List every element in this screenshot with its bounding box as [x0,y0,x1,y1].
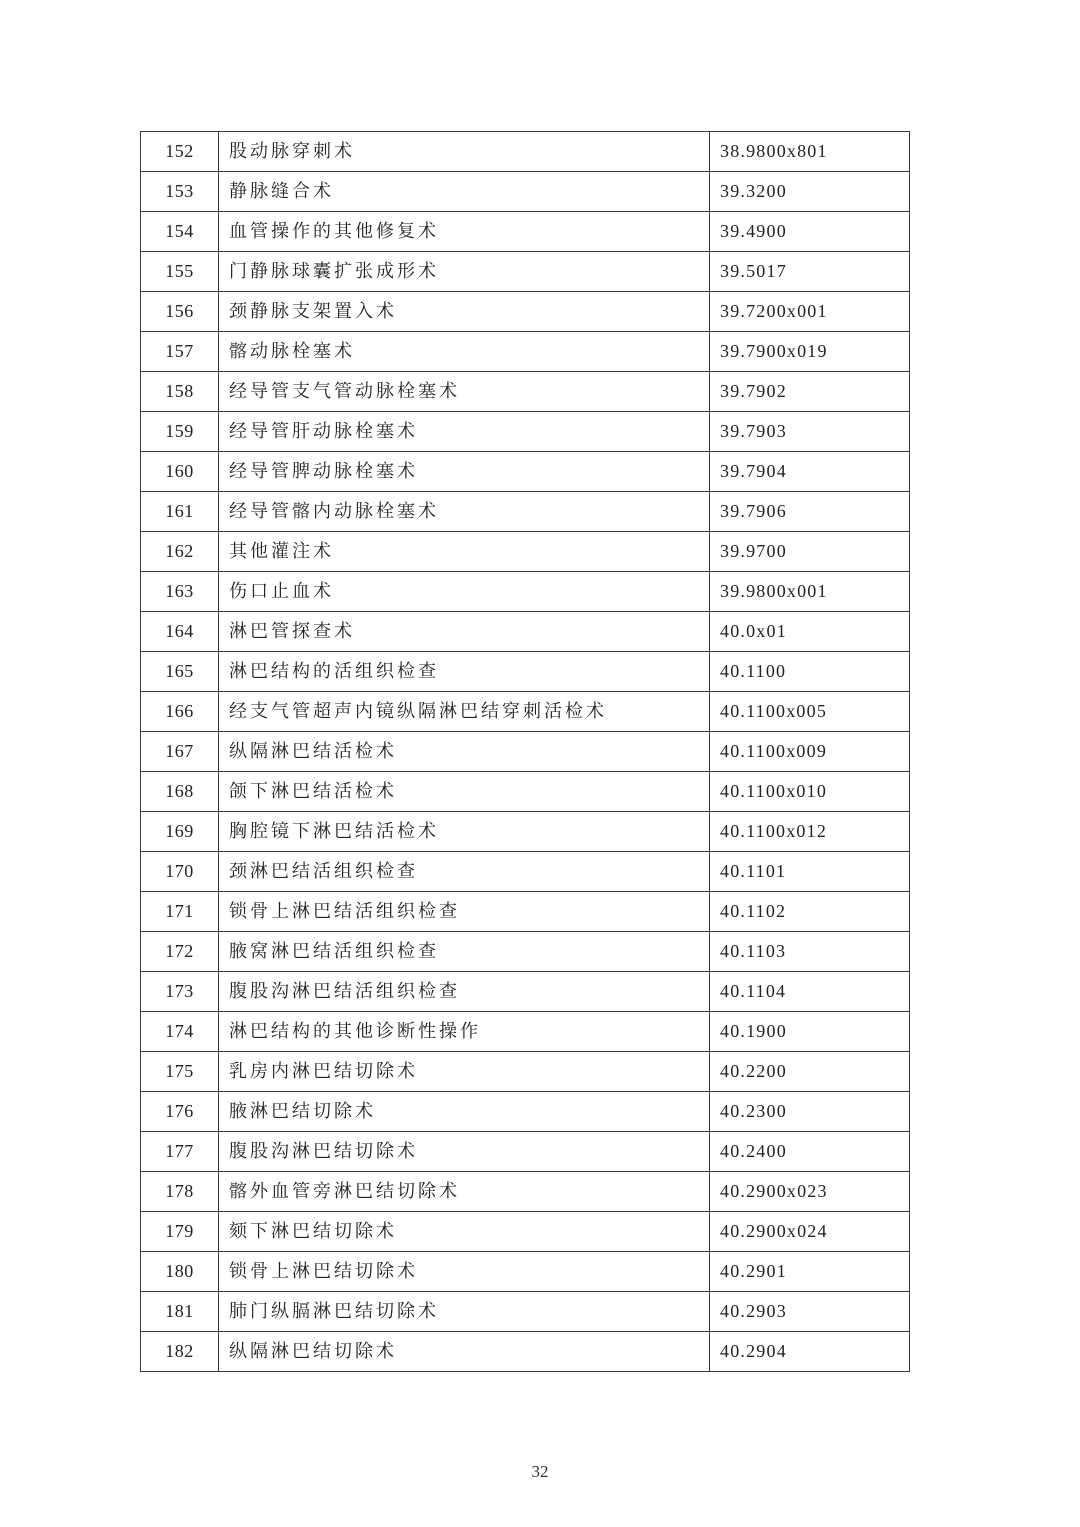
row-number-cell: 175 [141,1052,219,1092]
page-number: 32 [0,1462,1080,1482]
procedure-code-cell: 39.3200 [710,172,910,212]
row-number-cell: 178 [141,1172,219,1212]
procedure-code-cell: 40.1102 [710,892,910,932]
procedure-name-cell: 颌下淋巴结活检术 [219,772,710,812]
row-number-cell: 168 [141,772,219,812]
procedure-name-cell: 颈静脉支架置入术 [219,292,710,332]
table-row: 170 颈淋巴结活组织检查 40.1101 [141,852,910,892]
procedure-name-cell: 股动脉穿刺术 [219,132,710,172]
procedure-code-cell: 40.2900x023 [710,1172,910,1212]
procedure-code-cell: 40.2300 [710,1092,910,1132]
row-number-cell: 160 [141,452,219,492]
row-number-cell: 170 [141,852,219,892]
procedure-name-cell: 纵隔淋巴结切除术 [219,1332,710,1372]
procedure-name-cell: 髂外血管旁淋巴结切除术 [219,1172,710,1212]
procedure-name-cell: 腹股沟淋巴结切除术 [219,1132,710,1172]
procedure-code-cell: 40.1100x012 [710,812,910,852]
procedure-name-cell: 髂动脉栓塞术 [219,332,710,372]
procedure-code-cell: 39.7900x019 [710,332,910,372]
procedure-code-cell: 40.1104 [710,972,910,1012]
procedure-code-cell: 40.2903 [710,1292,910,1332]
procedure-code-cell: 38.9800x801 [710,132,910,172]
procedure-code-cell: 40.2901 [710,1252,910,1292]
procedure-name-cell: 伤口止血术 [219,572,710,612]
table-row: 166 经支气管超声内镜纵隔淋巴结穿刺活检术 40.1100x005 [141,692,910,732]
procedure-code-cell: 40.2900x024 [710,1212,910,1252]
procedure-name-cell: 经导管髂内动脉栓塞术 [219,492,710,532]
row-number-cell: 158 [141,372,219,412]
table-body: 152 股动脉穿刺术 38.9800x801 153 静脉缝合术 39.3200… [141,132,910,1372]
procedure-name-cell: 血管操作的其他修复术 [219,212,710,252]
procedure-name-cell: 其他灌注术 [219,532,710,572]
procedure-code-cell: 39.7904 [710,452,910,492]
procedure-code-cell: 39.4900 [710,212,910,252]
procedure-code-cell: 39.9700 [710,532,910,572]
procedure-code-cell: 39.7903 [710,412,910,452]
row-number-cell: 165 [141,652,219,692]
row-number-cell: 171 [141,892,219,932]
procedure-name-cell: 腋窝淋巴结活组织检查 [219,932,710,972]
table-row: 179 颏下淋巴结切除术 40.2900x024 [141,1212,910,1252]
row-number-cell: 176 [141,1092,219,1132]
table-row: 167 纵隔淋巴结活检术 40.1100x009 [141,732,910,772]
row-number-cell: 173 [141,972,219,1012]
procedure-code-cell: 40.2400 [710,1132,910,1172]
procedure-name-cell: 经导管肝动脉栓塞术 [219,412,710,452]
procedure-code-cell: 39.5017 [710,252,910,292]
procedure-name-cell: 乳房内淋巴结切除术 [219,1052,710,1092]
document-page: 152 股动脉穿刺术 38.9800x801 153 静脉缝合术 39.3200… [0,0,1080,1527]
row-number-cell: 155 [141,252,219,292]
procedure-name-cell: 淋巴结构的其他诊断性操作 [219,1012,710,1052]
procedure-code-cell: 39.7200x001 [710,292,910,332]
table-row: 169 胸腔镜下淋巴结活检术 40.1100x012 [141,812,910,852]
table-row: 156 颈静脉支架置入术 39.7200x001 [141,292,910,332]
table-row: 172 腋窝淋巴结活组织检查 40.1103 [141,932,910,972]
procedure-name-cell: 颏下淋巴结切除术 [219,1212,710,1252]
procedure-table: 152 股动脉穿刺术 38.9800x801 153 静脉缝合术 39.3200… [140,131,910,1372]
procedure-name-cell: 门静脉球囊扩张成形术 [219,252,710,292]
procedure-name-cell: 静脉缝合术 [219,172,710,212]
table-row: 164 淋巴管探查术 40.0x01 [141,612,910,652]
table-row: 159 经导管肝动脉栓塞术 39.7903 [141,412,910,452]
procedure-name-cell: 经导管支气管动脉栓塞术 [219,372,710,412]
table-row: 182 纵隔淋巴结切除术 40.2904 [141,1332,910,1372]
row-number-cell: 159 [141,412,219,452]
procedure-code-cell: 40.1101 [710,852,910,892]
table-row: 165 淋巴结构的活组织检查 40.1100 [141,652,910,692]
row-number-cell: 153 [141,172,219,212]
procedure-name-cell: 经导管脾动脉栓塞术 [219,452,710,492]
table-row: 157 髂动脉栓塞术 39.7900x019 [141,332,910,372]
table-row: 171 锁骨上淋巴结活组织检查 40.1102 [141,892,910,932]
procedure-name-cell: 锁骨上淋巴结切除术 [219,1252,710,1292]
procedure-code-cell: 39.7902 [710,372,910,412]
row-number-cell: 161 [141,492,219,532]
row-number-cell: 164 [141,612,219,652]
table-row: 180 锁骨上淋巴结切除术 40.2901 [141,1252,910,1292]
table-row: 175 乳房内淋巴结切除术 40.2200 [141,1052,910,1092]
procedure-name-cell: 肺门纵膈淋巴结切除术 [219,1292,710,1332]
procedure-name-cell: 颈淋巴结活组织检查 [219,852,710,892]
table-row: 154 血管操作的其他修复术 39.4900 [141,212,910,252]
table-row: 152 股动脉穿刺术 38.9800x801 [141,132,910,172]
table-row: 160 经导管脾动脉栓塞术 39.7904 [141,452,910,492]
row-number-cell: 162 [141,532,219,572]
row-number-cell: 169 [141,812,219,852]
procedure-code-cell: 39.7906 [710,492,910,532]
row-number-cell: 154 [141,212,219,252]
row-number-cell: 177 [141,1132,219,1172]
table-row: 174 淋巴结构的其他诊断性操作 40.1900 [141,1012,910,1052]
procedure-name-cell: 经支气管超声内镜纵隔淋巴结穿刺活检术 [219,692,710,732]
table-row: 181 肺门纵膈淋巴结切除术 40.2903 [141,1292,910,1332]
procedure-name-cell: 淋巴结构的活组织检查 [219,652,710,692]
table-row: 153 静脉缝合术 39.3200 [141,172,910,212]
row-number-cell: 167 [141,732,219,772]
procedure-code-cell: 40.0x01 [710,612,910,652]
row-number-cell: 157 [141,332,219,372]
table-row: 173 腹股沟淋巴结活组织检查 40.1104 [141,972,910,1012]
procedure-name-cell: 腋淋巴结切除术 [219,1092,710,1132]
procedure-code-cell: 40.1100 [710,652,910,692]
table-row: 155 门静脉球囊扩张成形术 39.5017 [141,252,910,292]
procedure-name-cell: 纵隔淋巴结活检术 [219,732,710,772]
procedure-code-cell: 40.2904 [710,1332,910,1372]
table-row: 178 髂外血管旁淋巴结切除术 40.2900x023 [141,1172,910,1212]
procedure-name-cell: 锁骨上淋巴结活组织检查 [219,892,710,932]
table-row: 168 颌下淋巴结活检术 40.1100x010 [141,772,910,812]
procedure-code-cell: 40.1100x010 [710,772,910,812]
row-number-cell: 182 [141,1332,219,1372]
procedure-code-cell: 40.2200 [710,1052,910,1092]
procedure-code-cell: 40.1100x005 [710,692,910,732]
table-row: 161 经导管髂内动脉栓塞术 39.7906 [141,492,910,532]
row-number-cell: 174 [141,1012,219,1052]
row-number-cell: 166 [141,692,219,732]
row-number-cell: 181 [141,1292,219,1332]
table-row: 177 腹股沟淋巴结切除术 40.2400 [141,1132,910,1172]
row-number-cell: 180 [141,1252,219,1292]
row-number-cell: 152 [141,132,219,172]
table-row: 163 伤口止血术 39.9800x001 [141,572,910,612]
procedure-code-cell: 40.1103 [710,932,910,972]
row-number-cell: 156 [141,292,219,332]
procedure-code-cell: 40.1900 [710,1012,910,1052]
procedure-code-cell: 40.1100x009 [710,732,910,772]
procedure-name-cell: 胸腔镜下淋巴结活检术 [219,812,710,852]
procedure-name-cell: 淋巴管探查术 [219,612,710,652]
table-row: 158 经导管支气管动脉栓塞术 39.7902 [141,372,910,412]
table-row: 162 其他灌注术 39.9700 [141,532,910,572]
row-number-cell: 179 [141,1212,219,1252]
table-row: 176 腋淋巴结切除术 40.2300 [141,1092,910,1132]
procedure-code-cell: 39.9800x001 [710,572,910,612]
row-number-cell: 172 [141,932,219,972]
row-number-cell: 163 [141,572,219,612]
procedure-name-cell: 腹股沟淋巴结活组织检查 [219,972,710,1012]
